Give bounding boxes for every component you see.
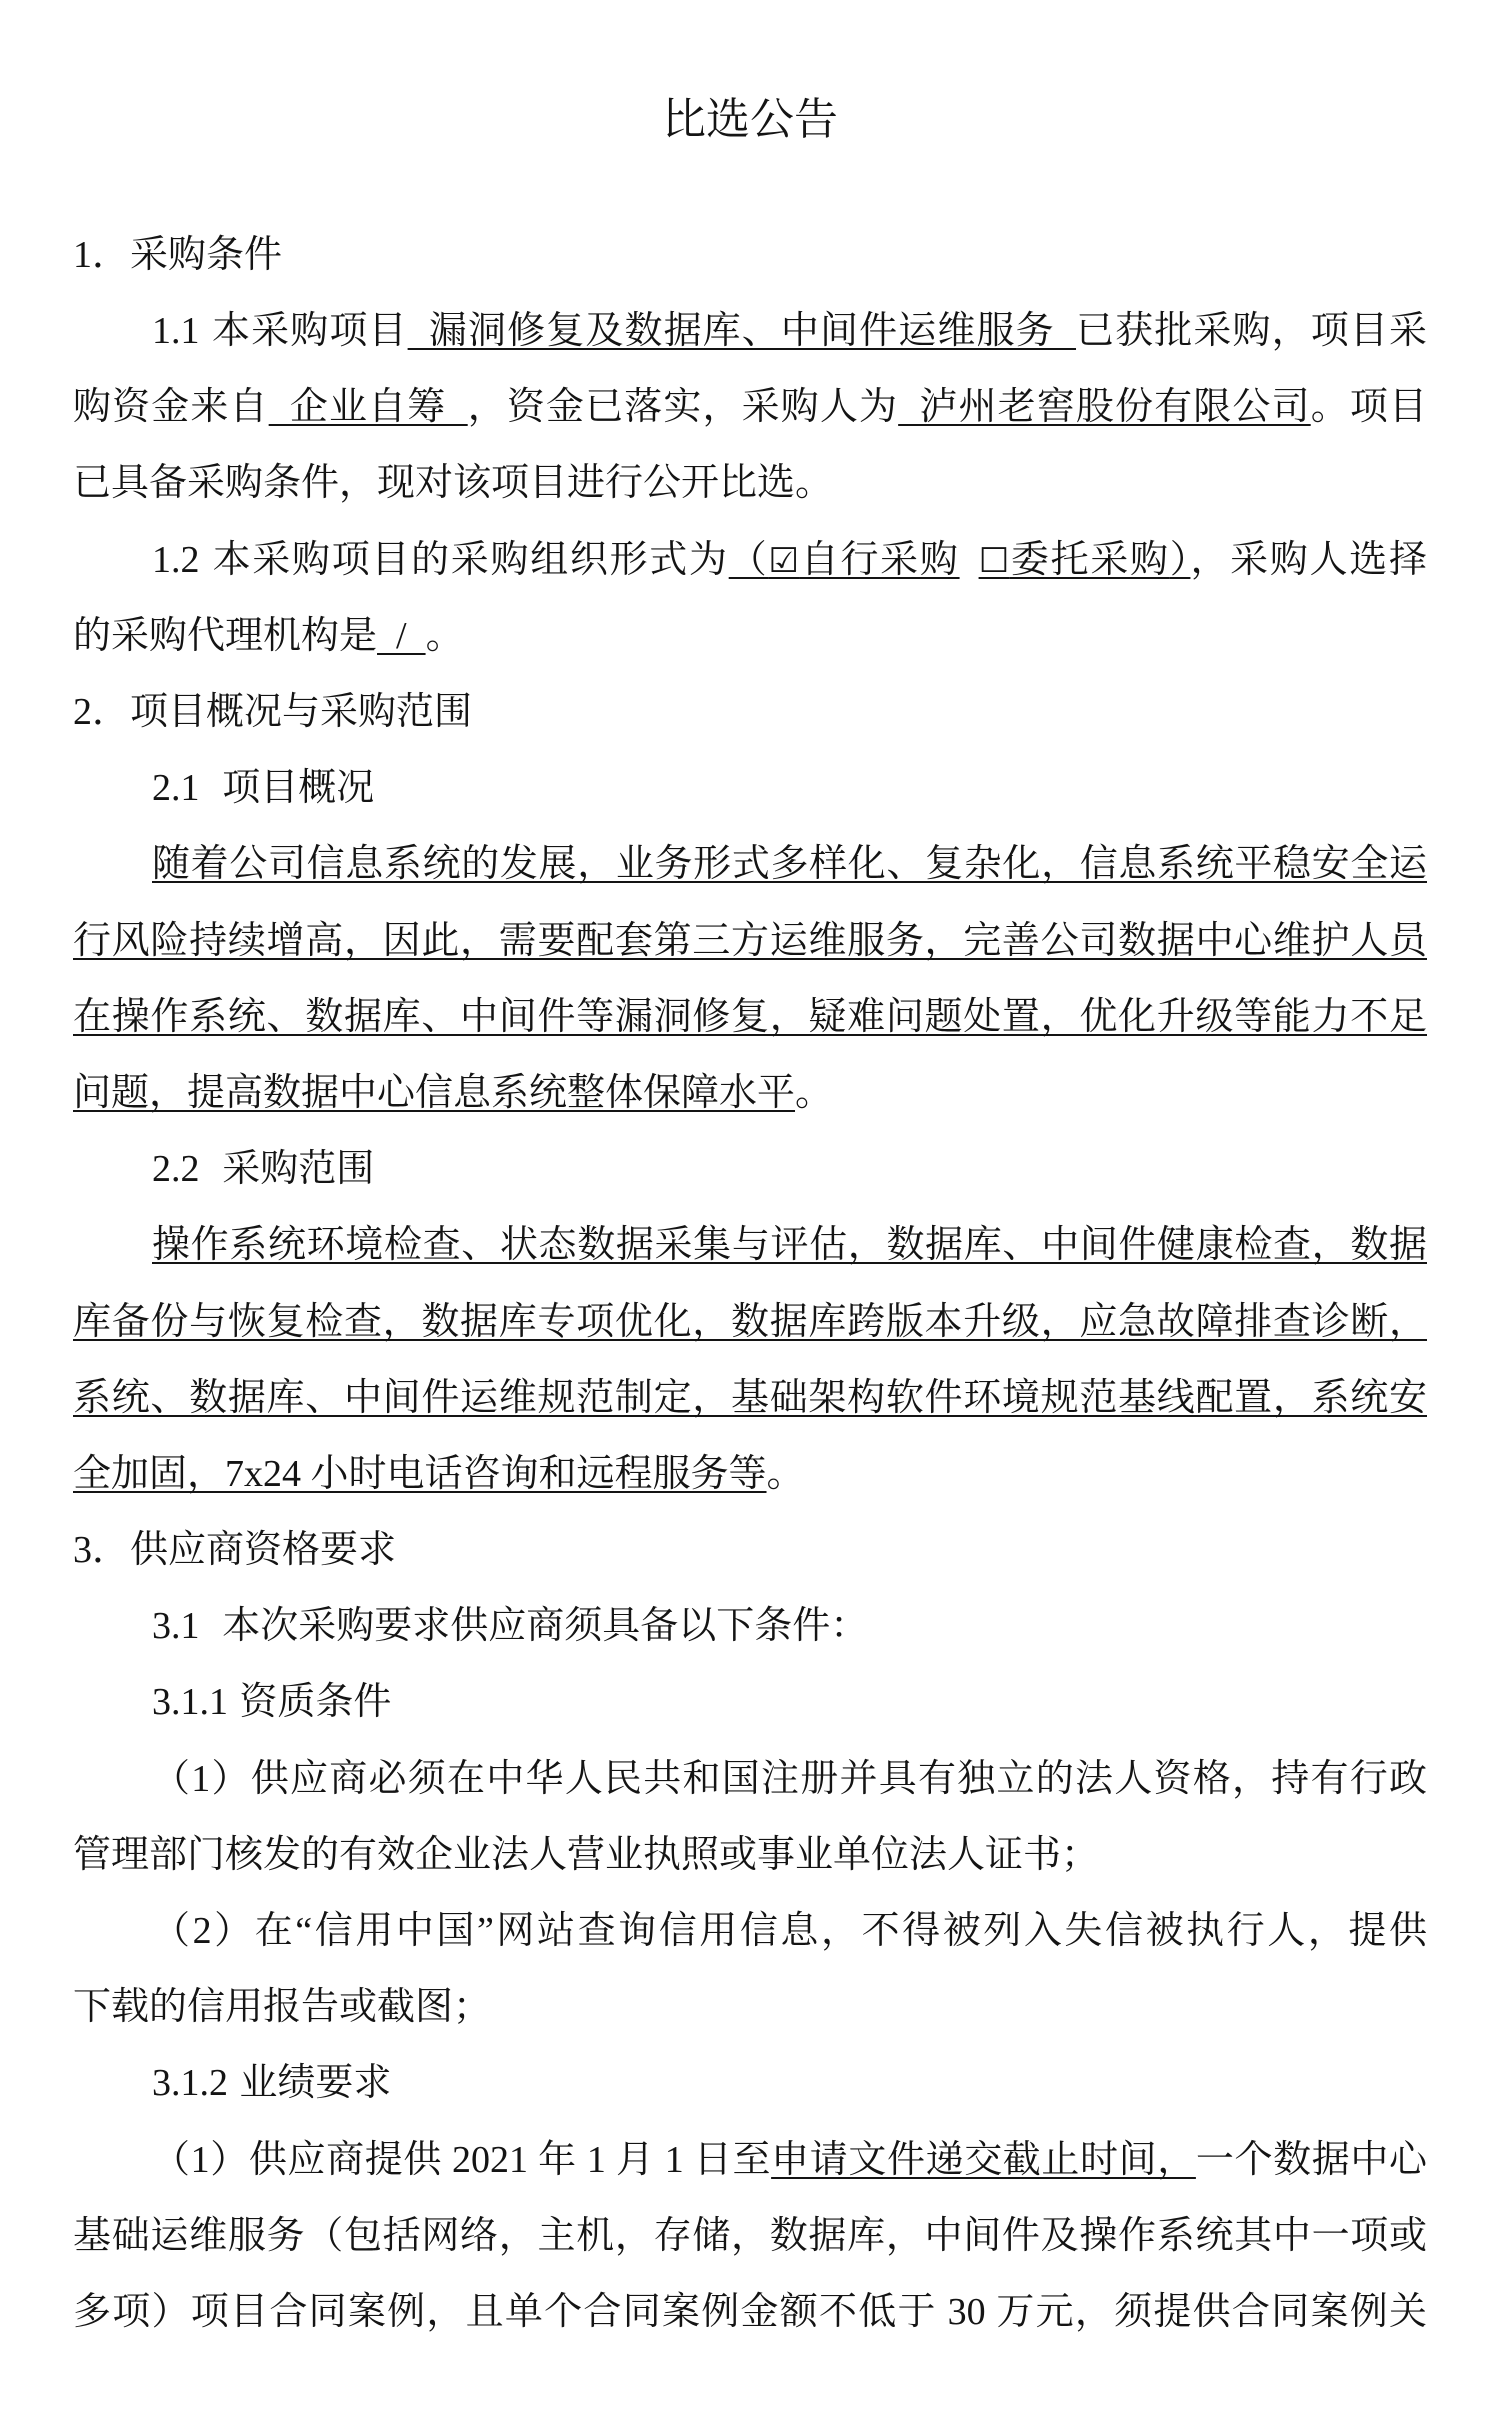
- section-heading-text: 供应商资格要求: [130, 1529, 396, 1571]
- overview-text: 行风险持续增高，因此，需要配套第三方运维服务，完善公司数据中心维护人员: [73, 920, 1427, 962]
- close-paren: ）: [1170, 539, 1191, 581]
- overview-text: 问题，提高数据中心信息系统整体保障水平: [73, 1072, 795, 1114]
- text-segment: 。项目: [1311, 386, 1427, 428]
- clause-number: 1.2: [152, 539, 200, 581]
- text-segment: ，资金已落实，采购人为: [468, 386, 898, 428]
- deadline-phrase: 申请文件递交截止时间，: [771, 2139, 1196, 2181]
- text-segment: 。: [795, 1072, 833, 1114]
- subsection-heading-2-2: 2.2采购范围: [73, 1131, 1427, 1207]
- qualification-item-1-line-1: （1）供应商必须在中华人民共和国注册并具有独立的法人资格，持有行政: [73, 1741, 1427, 1817]
- clause-text: 本次采购要求供应商须具备以下条件：: [222, 1605, 868, 1647]
- agency-field: /: [377, 615, 426, 657]
- item-text: 管理部门核发的有效企业法人营业执照或事业单位法人证书；: [73, 1834, 1099, 1876]
- purchaser-name-field: 泸州老窖股份有限公司: [898, 386, 1311, 428]
- item-text: （1）供应商必须在中华人民共和国注册并具有独立的法人资格，持有行政: [152, 1758, 1427, 1800]
- item-text: 下载的信用报告或截图；: [73, 1986, 491, 2028]
- scope-text: 系统、数据库、中间件运维规范制定，基础架构软件环境规范基线配置，系统安: [73, 1377, 1427, 1419]
- clause-number: 1.1: [152, 310, 200, 352]
- section-number: 2．: [73, 691, 130, 733]
- performance-item-1-line-1: （1）供应商提供 2021 年 1 月 1 日至申请文件递交截止时间，一个数据中…: [73, 2122, 1427, 2198]
- project-name-field: 漏洞修复及数据库、中间件运维服务: [408, 310, 1076, 352]
- section-heading-2: 2．项目概况与采购范围: [73, 674, 1427, 750]
- text-segment: 已获批采购，项目采: [1076, 310, 1427, 352]
- text-segment: 购资金来自: [73, 386, 269, 428]
- overview-line-2: 行风险持续增高，因此，需要配套第三方运维服务，完善公司数据中心维护人员: [73, 903, 1427, 979]
- funding-source-field: 企业自筹: [269, 386, 468, 428]
- qualification-item-2-line-1: （2）在“信用中国”网站查询信用信息，不得被列入失信被执行人，提供: [73, 1893, 1427, 1969]
- overview-text: 随着公司信息系统的发展，业务形式多样化、复杂化，信息系统平稳安全运: [152, 843, 1427, 885]
- text-segment: 。: [426, 615, 464, 657]
- option-label-entrusted-procurement: 委托采购: [1009, 539, 1170, 581]
- paragraph-1-1-line-1: 1.1本采购项目 漏洞修复及数据库、中间件运维服务 已获批采购，项目采: [73, 293, 1427, 369]
- overview-text: 在操作系统、数据库、中间件等漏洞修复，疑难问题处置，优化升级等能力不足: [73, 996, 1427, 1038]
- overview-line-1: 随着公司信息系统的发展，业务形式多样化、复杂化，信息系统平稳安全运: [73, 826, 1427, 902]
- item-text: 多项）项目合同案例，且单个合同案例金额不低于 30 万元，须提供合同案例关: [73, 2291, 1427, 2333]
- item-text: 一个数据中心: [1196, 2139, 1427, 2181]
- checkbox-unchecked-icon: ☐: [979, 541, 1010, 581]
- scope-text: 操作系统环境检查、状态数据采集与评估，数据库、中间件健康检查，数据: [152, 1224, 1427, 1266]
- section-heading-text: 采购条件: [130, 234, 282, 276]
- qualification-item-2-line-2: 下载的信用报告或截图；: [73, 1969, 1427, 2045]
- section-number: 3．: [73, 1529, 130, 1571]
- document-title: 比选公告: [0, 90, 1500, 150]
- subsection-heading-2-1: 2.1项目概况: [73, 750, 1427, 826]
- text-segment: 本采购项目的采购组织形式为: [211, 539, 729, 581]
- open-paren: （: [729, 539, 769, 581]
- subsection-heading-3-1-1: 3.1.1资质条件: [73, 1664, 1427, 1740]
- text-segment: 的采购代理机构是: [73, 615, 377, 657]
- paragraph-1-2-line-2: 的采购代理机构是 / 。: [73, 598, 1427, 674]
- section-number: 1．: [73, 234, 130, 276]
- scope-text: 全加固，7x24 小时电话咨询和远程服务等: [73, 1453, 767, 1495]
- clause-3-1: 3.1本次采购要求供应商须具备以下条件：: [73, 1588, 1427, 1664]
- section-heading-1: 1．采购条件: [73, 217, 1427, 293]
- scope-line-1: 操作系统环境检查、状态数据采集与评估，数据库、中间件健康检查，数据: [73, 1207, 1427, 1283]
- paragraph-1-1-line-2: 购资金来自 企业自筹 ，资金已落实，采购人为 泸州老窖股份有限公司。项目: [73, 369, 1427, 445]
- text-segment: ，采购人选择: [1190, 539, 1427, 581]
- subsection-number: 3.1.2: [152, 2062, 228, 2104]
- paragraph-1-1-line-3: 已具备采购条件，现对该项目进行公开比选。: [73, 445, 1427, 521]
- section-heading-3: 3．供应商资格要求: [73, 1512, 1427, 1588]
- procurement-mode-field: （☑自行采购☐委托采购）: [729, 539, 1191, 581]
- performance-item-1-line-2: 基础运维服务（包括网络，主机，存储，数据库，中间件及操作系统其中一项或: [73, 2198, 1427, 2274]
- subsection-title: 采购范围: [222, 1148, 374, 1190]
- performance-item-1-line-3: 多项）项目合同案例，且单个合同案例金额不低于 30 万元，须提供合同案例关: [73, 2274, 1427, 2350]
- subsection-number: 3.1.1: [152, 1681, 228, 1723]
- text-segment: 本采购项目: [211, 310, 408, 352]
- scope-line-3: 系统、数据库、中间件运维规范制定，基础架构软件环境规范基线配置，系统安: [73, 1360, 1427, 1436]
- option-label-self-procurement: 自行采购: [799, 539, 960, 581]
- paragraph-1-2-line-1: 1.2本采购项目的采购组织形式为（☑自行采购☐委托采购），采购人选择: [73, 522, 1427, 598]
- overview-line-4: 问题，提高数据中心信息系统整体保障水平。: [73, 1055, 1427, 1131]
- clause-number: 3.1: [152, 1605, 200, 1647]
- qualification-item-1-line-2: 管理部门核发的有效企业法人营业执照或事业单位法人证书；: [73, 1817, 1427, 1893]
- scope-line-2: 库备份与恢复检查，数据库专项优化，数据库跨版本升级，应急故障排查诊断，: [73, 1284, 1427, 1360]
- text-segment: 。: [767, 1453, 805, 1495]
- overview-line-3: 在操作系统、数据库、中间件等漏洞修复，疑难问题处置，优化升级等能力不足: [73, 979, 1427, 1055]
- item-text: （2）在“信用中国”网站查询信用信息，不得被列入失信被执行人，提供: [152, 1910, 1427, 1952]
- item-text: （1）供应商提供 2021 年 1 月 1 日至: [152, 2139, 771, 2181]
- subsection-title: 项目概况: [222, 767, 374, 809]
- document-body: 1．采购条件 1.1本采购项目 漏洞修复及数据库、中间件运维服务 已获批采购，项…: [73, 217, 1427, 2350]
- scope-line-4: 全加固，7x24 小时电话咨询和远程服务等。: [73, 1436, 1427, 1512]
- subsection-number: 2.1: [152, 767, 200, 809]
- text-segment: 已具备采购条件，现对该项目进行公开比选。: [73, 462, 833, 504]
- subsection-number: 2.2: [152, 1148, 200, 1190]
- scope-text: 库备份与恢复检查，数据库专项优化，数据库跨版本升级，应急故障排查诊断，: [73, 1301, 1427, 1343]
- item-text: 基础运维服务（包括网络，主机，存储，数据库，中间件及操作系统其中一项或: [73, 2215, 1427, 2257]
- subsection-title: 资质条件: [239, 1681, 391, 1723]
- subsection-title: 业绩要求: [239, 2062, 391, 2104]
- subsection-heading-3-1-2: 3.1.2业绩要求: [73, 2045, 1427, 2121]
- checkbox-checked-icon: ☑: [768, 541, 799, 581]
- section-heading-text: 项目概况与采购范围: [130, 691, 472, 733]
